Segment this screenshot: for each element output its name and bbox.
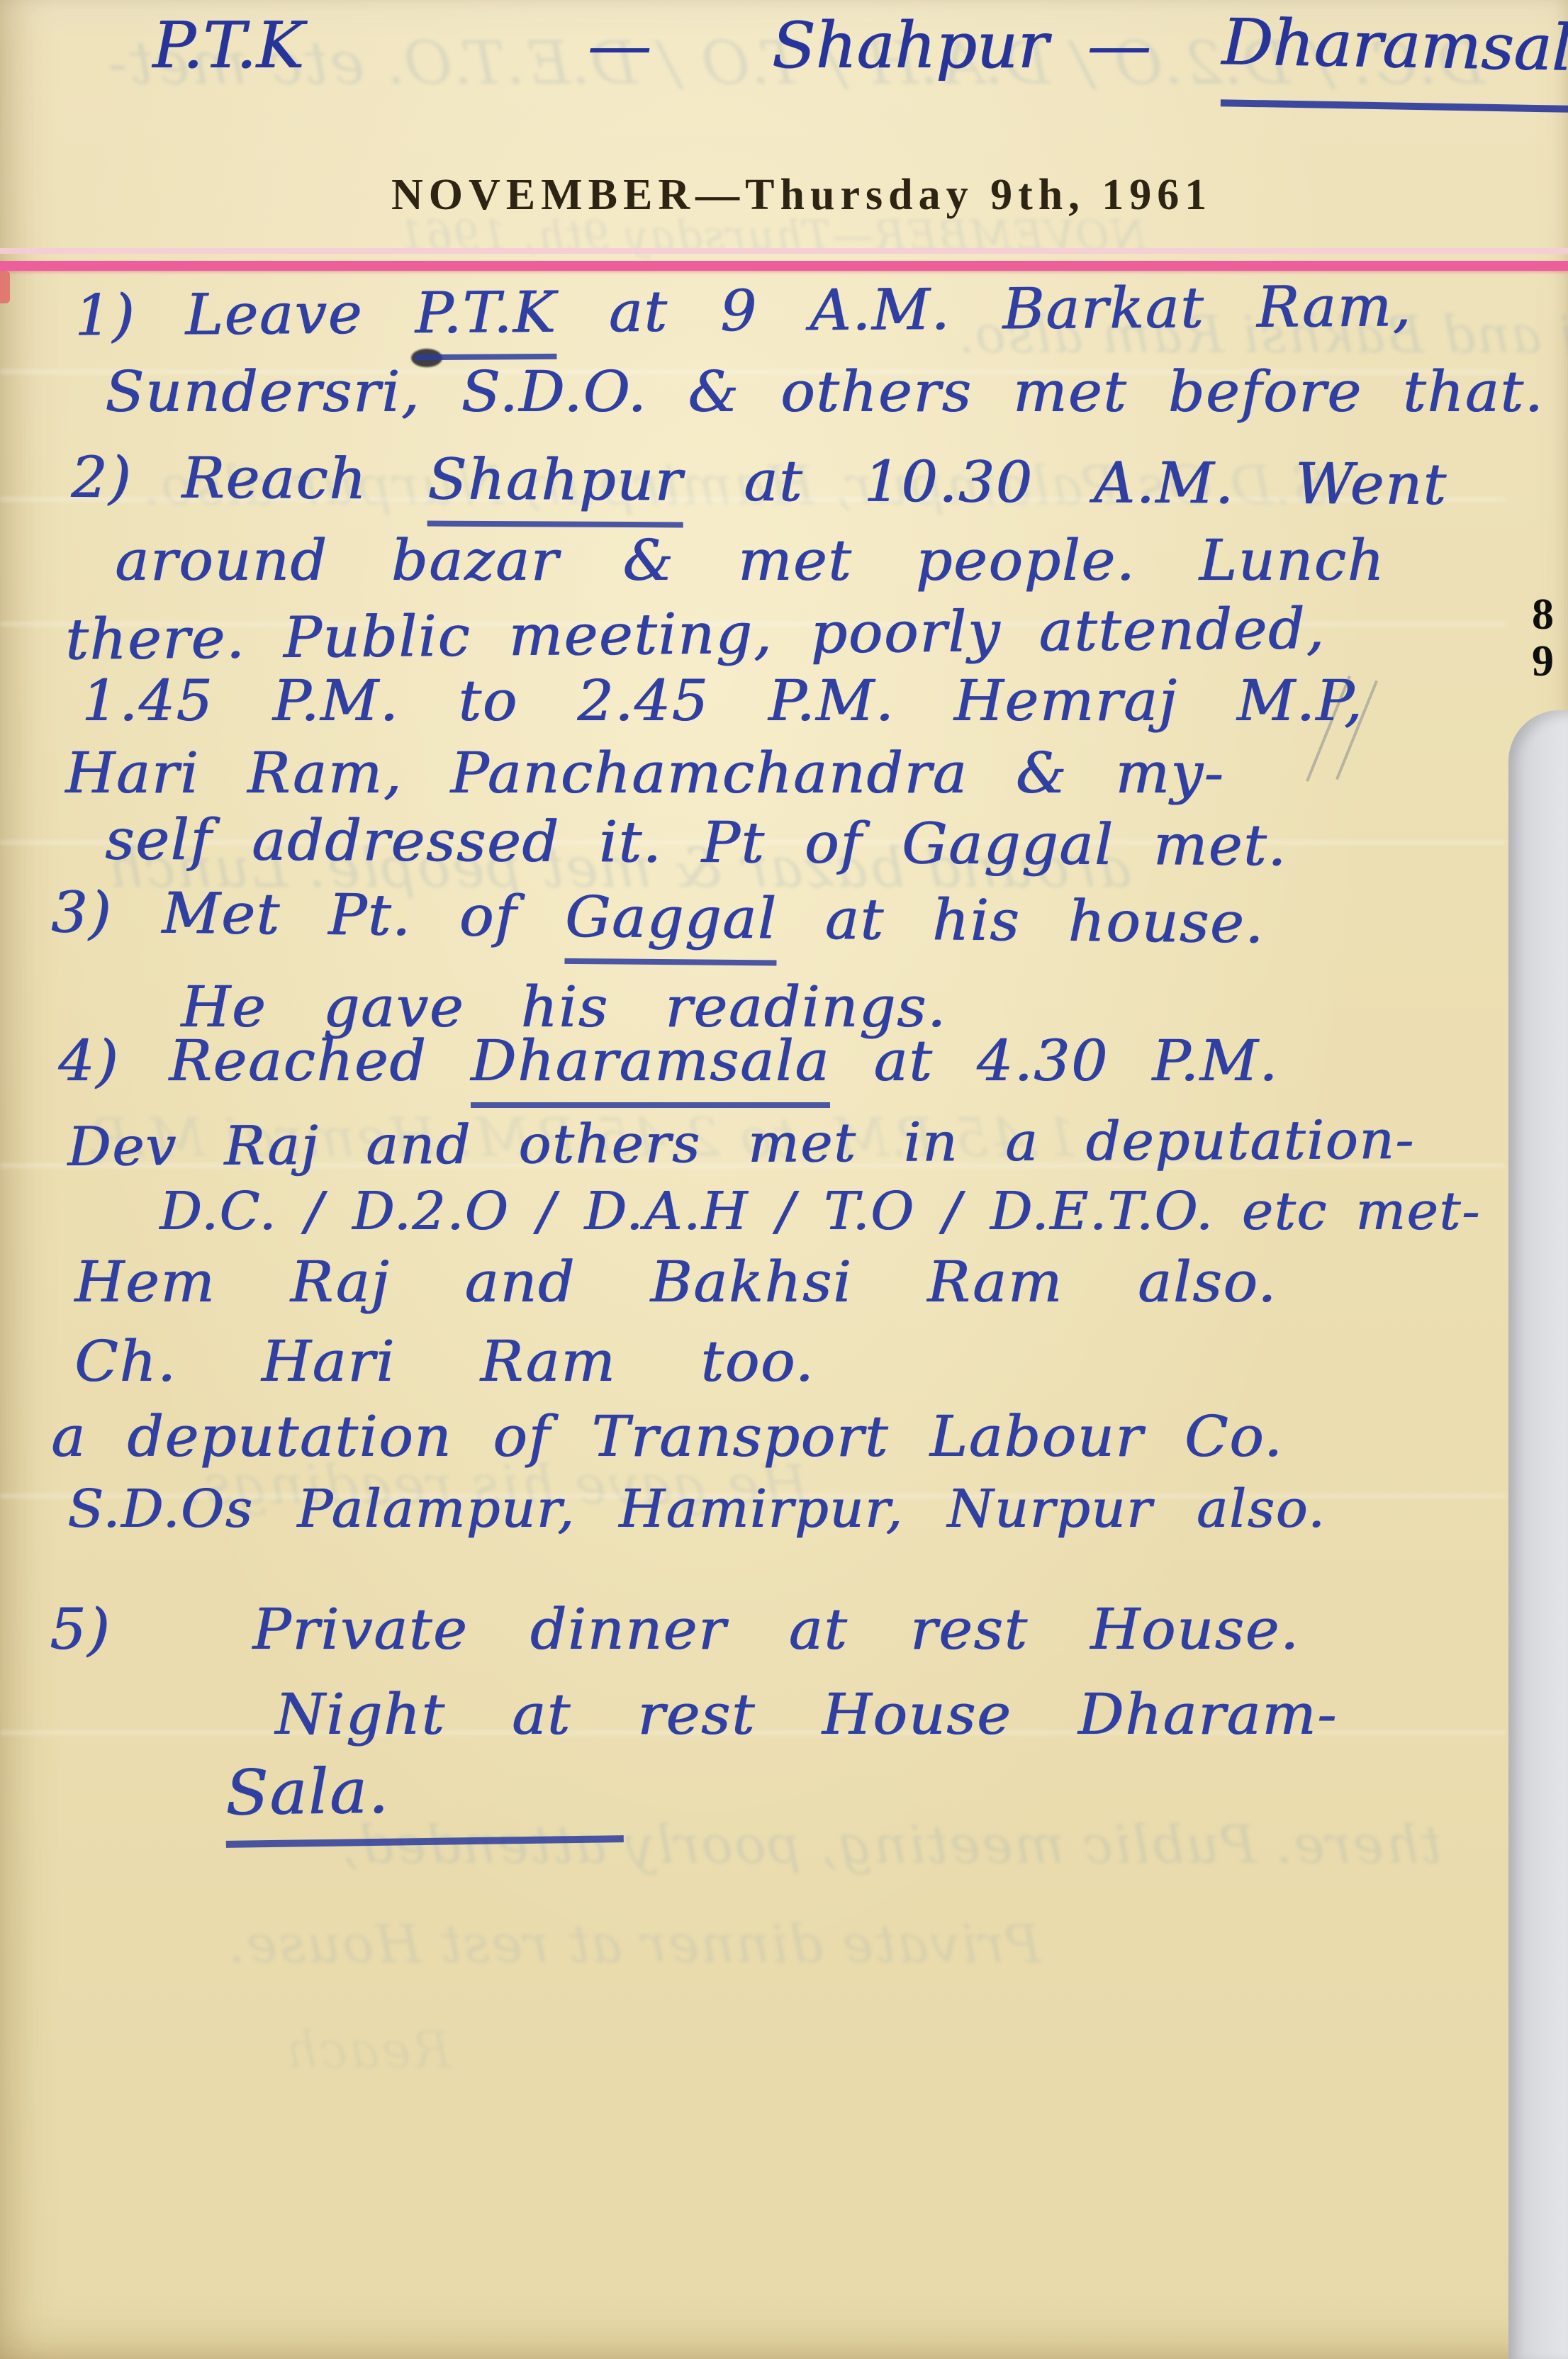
entry-number: 4) — [58, 1028, 119, 1094]
line-text: Reach — [181, 445, 428, 512]
line-text: 1.45 P.M. to 2.45 P.M. Hemraj M.P, — [82, 668, 1363, 734]
line-text: S.D.Os Palampur, Hamirpur, Nurpur also. — [67, 1479, 1326, 1540]
manuscript-line: 1.45 P.M. to 2.45 P.M. Hemraj M.P, — [82, 668, 1363, 734]
manuscript-line: self addressed it. Pt of Gaggal met. — [105, 807, 1287, 879]
entry-number: 5) — [50, 1596, 111, 1662]
diary-page: D.C. / D.2.O / D.A.H / T.O / D.E.T.O. et… — [0, 0, 1568, 2359]
line-text: Night at rest House Dharam- — [275, 1681, 1338, 1747]
line-text: a deputation of Transport Labour Co. — [51, 1403, 1283, 1469]
manuscript-line: a deputation of Transport Labour Co. — [51, 1403, 1283, 1469]
manuscript-line: around bazar & met people. Lunch — [115, 527, 1385, 593]
manuscript-line: S.D.Os Palampur, Hamirpur, Nurpur also. — [67, 1479, 1326, 1540]
line-text: Hem Raj and Bakhsi Ram also. — [74, 1249, 1277, 1315]
underlined-word: Shahpur — [427, 447, 683, 528]
line-text: at 10.30 A.M. Went — [683, 447, 1447, 517]
line-text: Reached — [169, 1028, 471, 1094]
line-text: Private dinner at rest House. — [252, 1596, 1299, 1662]
line-text: around bazar & met people. Lunch — [115, 527, 1385, 593]
line-text: there. Public meeting, poorly attended, — [65, 595, 1326, 673]
line-text: Ch. Hari Ram too. — [74, 1328, 814, 1394]
manuscript-line: Sala. — [225, 1754, 623, 1845]
underlined-word: Dharamsala — [471, 1028, 830, 1108]
line-text: self addressed it. Pt of Gaggal met. — [105, 807, 1287, 879]
line-text: Dev Raj and others met in a deputation- — [67, 1108, 1415, 1178]
line-text: at his house. — [777, 885, 1265, 956]
manuscript-line: Hari Ram, Panchamchandra & my- — [65, 740, 1224, 806]
manuscript-line: D.C. / D.2.O / D.A.H / T.O / D.E.T.O. et… — [159, 1181, 1481, 1242]
line-text: Sundersri, S.D.O. & others met before th… — [105, 359, 1544, 425]
page-number: 9 — [1532, 639, 1554, 683]
pink-rule-dark — [0, 261, 1568, 271]
handwritten-route-title: P.T.K—Shahpur—Dharamsala — [152, 9, 1568, 110]
manuscript-line: Ch. Hari Ram too. — [74, 1328, 814, 1394]
line-text: at 9 A.M. Barkat Ram, — [556, 273, 1412, 344]
manuscript-line: Night at rest House Dharam- — [275, 1681, 1338, 1747]
entry-number: 1) — [74, 282, 136, 349]
manuscript-line: 2)Reach Shahpur at 10.30 A.M. Went — [71, 444, 1447, 517]
entry-number: 3) — [51, 880, 113, 946]
route-dash: — — [1087, 9, 1150, 83]
route-stop: P.T.K — [152, 9, 304, 83]
underlined-word: P.T.K — [415, 279, 557, 360]
page-number: 8 — [1532, 593, 1554, 637]
ghost-text: Private dinner at rest House. — [227, 1914, 1041, 1975]
line-text: Hari Ram, Panchamchandra & my- — [65, 740, 1224, 806]
line-text: Leave — [185, 280, 415, 347]
manuscript-line: Dev Raj and others met in a deputation- — [67, 1108, 1415, 1178]
line-text: Met Pt. of — [162, 880, 566, 950]
route-stop: Shahpur — [772, 9, 1048, 83]
red-edge-mark — [0, 271, 10, 303]
manuscript-line: there. Public meeting, poorly attended, — [65, 595, 1326, 673]
manuscript-line: 5)Private dinner at rest House. — [50, 1596, 1299, 1662]
route-dash: — — [588, 9, 651, 83]
manuscript-line: 1)Leave P.T.K at 9 A.M. Barkat Ram, — [74, 273, 1412, 348]
pink-rule-light — [0, 248, 1568, 254]
line-text: at 4.30 P.M. — [830, 1028, 1279, 1094]
manuscript-line: 4)Reached Dharamsala at 4.30 P.M. — [58, 1028, 1279, 1094]
next-page-edge — [1508, 710, 1568, 2359]
route-stop-underlined: Dharamsala — [1221, 5, 1568, 113]
underlined-word: Gaggal — [564, 884, 777, 966]
manuscript-line: 3)Met Pt. of Gaggal at his house. — [51, 880, 1265, 956]
manuscript-line: Sundersri, S.D.O. & others met before th… — [105, 359, 1544, 425]
manuscript-line: Hem Raj and Bakhsi Ram also. — [74, 1249, 1277, 1315]
entry-number: 2) — [71, 444, 133, 510]
underlined-word: Sala. — [225, 1751, 624, 1848]
line-text: D.C. / D.2.O / D.A.H / T.O / D.E.T.O. et… — [159, 1181, 1481, 1242]
printed-date-heading: NOVEMBER—Thursday 9th, 1961 — [391, 170, 1212, 220]
ghost-text: Reach — [284, 2020, 451, 2080]
